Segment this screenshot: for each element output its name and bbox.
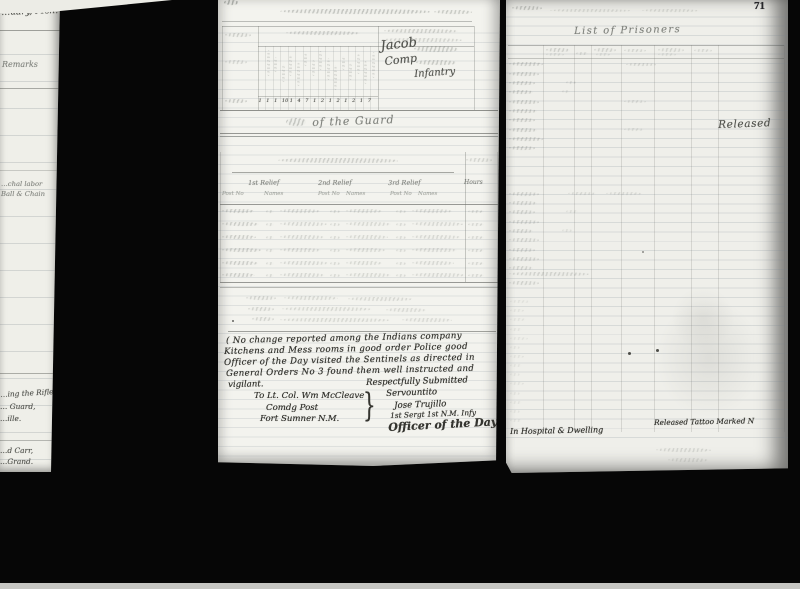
handwriting-scrawl	[222, 273, 256, 277]
table-rule-vertical	[310, 46, 311, 110]
handwriting-scrawl	[222, 248, 262, 252]
table-rule-vertical	[591, 45, 592, 432]
handwriting-scrawl	[225, 60, 248, 64]
table-rule-vertical	[348, 46, 349, 110]
handwriting-scrawl	[225, 99, 248, 103]
handwriting-scrawl	[510, 410, 521, 413]
table-rule-vertical	[280, 46, 281, 110]
handwriting-scrawl	[346, 248, 386, 252]
table-subheader: Names	[264, 192, 283, 198]
handwriting-scrawl	[412, 261, 455, 265]
handwriting-fragment: …ing the Rifle	[0, 388, 54, 398]
handwriting-scrawl	[396, 223, 407, 226]
handwriting-scrawl	[284, 296, 339, 300]
left-page: 57 …uary, Mch. Remarks …chal labor Ball …	[0, 0, 60, 472]
handwriting-scrawl	[402, 318, 453, 322]
handwriting-scrawl	[342, 56, 345, 70]
handwriting-scrawl	[246, 296, 277, 300]
tally-digit: 2	[352, 99, 355, 104]
right-page-number: 71	[754, 1, 765, 12]
footer-note-left: In Hospital & Dwelling	[510, 426, 603, 436]
handwriting-scrawl	[222, 222, 260, 226]
handwriting-scrawl	[282, 64, 285, 82]
handwriting-scrawl	[396, 262, 407, 265]
table-rule-horizontal	[222, 26, 474, 27]
handwriting-scrawl	[468, 223, 485, 226]
ink-dot	[628, 352, 631, 355]
handwriting-scrawl	[222, 209, 255, 213]
handwriting-scrawl	[386, 308, 427, 312]
table-subheader: Names	[418, 192, 437, 198]
handwriting-scrawl	[282, 307, 373, 311]
handwriting-scrawl	[266, 262, 275, 265]
tally-digit: 2	[321, 99, 324, 104]
handwriting-scrawl	[274, 57, 277, 72]
handwriting-scrawl	[466, 158, 493, 162]
handwriting-scrawl	[280, 248, 322, 252]
handwriting-scrawl	[509, 118, 536, 122]
handwriting-scrawl	[509, 266, 534, 270]
table-rule-vertical	[654, 45, 655, 432]
handwriting-scrawl	[280, 209, 321, 213]
table-rule-horizontal	[220, 136, 498, 137]
handwriting-fragment: …d Carr,	[0, 447, 33, 454]
handwriting-scrawl	[510, 392, 521, 395]
released-annotation: Released	[718, 118, 771, 130]
left-page-top-corner	[0, 0, 172, 13]
handwriting-scrawl	[550, 9, 631, 12]
handwriting-scrawl	[412, 209, 453, 213]
handwriting-scrawl	[509, 81, 536, 85]
handwriting-fragment: … Guard,	[0, 403, 35, 410]
handwriting-scrawl	[349, 63, 352, 80]
handwriting-scrawl	[252, 317, 275, 321]
handwriting-scrawl	[222, 261, 259, 265]
handwriting-scrawl	[509, 137, 544, 141]
handwriting-scrawl	[434, 10, 473, 14]
handwriting-scrawl	[510, 382, 525, 385]
handwriting-scrawl	[468, 274, 485, 277]
table-rule-vertical	[465, 152, 466, 282]
handwriting-scrawl	[624, 128, 645, 131]
handwriting-scrawl	[225, 33, 252, 37]
handwriting-scrawl	[297, 62, 300, 86]
table-rule-horizontal	[222, 21, 472, 22]
hours-header: Hours	[464, 180, 483, 186]
table-rule-vertical	[295, 46, 296, 110]
table-rule-horizontal	[0, 170, 58, 171]
handwriting-scrawl	[668, 458, 709, 462]
handwriting-scrawl	[510, 337, 529, 340]
signature-fort-sumner: Fort Sumner N.M.	[260, 415, 339, 424]
footer-note-right: Released Tattoo Marked N	[654, 417, 754, 426]
handwriting-scrawl	[509, 62, 544, 66]
handwriting-scrawl	[280, 235, 325, 239]
table-rule-vertical	[621, 45, 622, 432]
handwriting-scrawl	[289, 55, 292, 76]
handwriting-scrawl	[658, 48, 685, 52]
table-rule-vertical	[340, 46, 341, 110]
handwriting-scrawl	[280, 273, 326, 277]
handwriting-scrawl	[330, 262, 341, 265]
handwriting-fragment: Ball & Chain	[1, 191, 45, 198]
table-rule-horizontal	[220, 133, 498, 134]
report-line: vigilant.	[228, 380, 264, 389]
paper-stain	[658, 273, 748, 363]
overlay-company-handwriting: Comp	[384, 53, 417, 67]
handwriting-scrawl	[510, 346, 521, 349]
handwriting-scrawl	[562, 90, 571, 93]
tally-digit: 1	[274, 99, 277, 104]
handwriting-scrawl	[248, 307, 275, 311]
handwriting-scrawl	[280, 261, 329, 265]
scanned-ledger-photo: 57 …uary, Mch. Remarks …chal labor Ball …	[0, 0, 800, 589]
table-rule-vertical	[543, 45, 544, 432]
tally-digit: 1	[266, 99, 269, 104]
center-page-guard-report: Jacob Comp Infantry of the Guard ( No ch…	[218, 0, 500, 466]
handwriting-scrawl	[346, 222, 392, 226]
handwriting-scrawl	[468, 210, 485, 213]
table-rule-vertical	[220, 152, 221, 282]
handwriting-scrawl	[277, 158, 398, 163]
handwriting-scrawl	[396, 210, 407, 213]
table-rule-horizontal	[228, 331, 496, 332]
table-rule-horizontal	[220, 110, 498, 111]
signature-addressee: To Lt. Col. Wm McCleave	[254, 392, 364, 401]
handwriting-fragment: …ille.	[0, 415, 21, 422]
handwriting-scrawl	[626, 63, 657, 66]
handwriting-scrawl	[285, 118, 307, 126]
handwriting-scrawl	[510, 300, 531, 303]
table-rule-horizontal	[220, 287, 498, 288]
handwriting-scrawl	[266, 236, 275, 239]
table-rule-vertical	[378, 26, 379, 110]
table-rule-horizontal	[232, 172, 454, 173]
handwriting-scrawl	[509, 210, 536, 214]
handwriting-scrawl	[468, 262, 485, 265]
handwriting-scrawl	[266, 274, 275, 277]
handwriting-scrawl	[266, 210, 275, 213]
handwriting-scrawl	[357, 54, 360, 74]
handwriting-scrawl	[348, 297, 413, 301]
table-subheader: Post No	[318, 192, 340, 198]
handwriting-scrawl	[509, 192, 540, 196]
tally-digit: 1	[313, 99, 316, 104]
handwriting-fragment: Remarks	[2, 61, 38, 69]
handwriting-scrawl	[566, 81, 577, 84]
handwriting-scrawl	[364, 61, 367, 84]
table-rule-horizontal	[0, 440, 54, 441]
handwriting-scrawl	[319, 51, 322, 70]
tally-digit: 10	[282, 99, 288, 104]
handwriting-scrawl	[510, 401, 523, 404]
handwriting-scrawl	[372, 52, 375, 78]
handwriting-scrawl	[509, 272, 590, 276]
handwriting-scrawl	[510, 318, 527, 321]
handwriting-scrawl	[266, 249, 275, 252]
signature-comdg-post: Comdg Post	[266, 404, 318, 413]
ink-dot	[232, 320, 234, 322]
handwriting-scrawl	[330, 236, 341, 239]
handwriting-scrawl	[509, 248, 536, 252]
handwriting-scrawl	[656, 448, 712, 452]
handwriting-fragment: …Grand.	[0, 458, 33, 465]
table-rule-horizontal	[508, 58, 784, 59]
handwriting-scrawl	[624, 49, 647, 52]
relief-header: 1st Relief	[248, 179, 279, 186]
handwriting-scrawl	[222, 235, 257, 239]
ink-dot	[642, 251, 644, 253]
table-rule-vertical	[718, 45, 719, 432]
handwriting-scrawl	[384, 29, 459, 33]
handwriting-scrawl	[510, 309, 525, 312]
table-rule-horizontal	[0, 373, 56, 374]
handwriting-scrawl	[468, 249, 485, 252]
handwriting-scrawl	[509, 146, 536, 150]
handwriting-scrawl	[330, 223, 341, 226]
tally-digit: 1	[290, 99, 293, 104]
table-rule-horizontal	[0, 88, 60, 89]
handwriting-scrawl	[346, 209, 383, 213]
table-rule-horizontal	[220, 282, 498, 283]
handwriting-scrawl	[468, 236, 485, 239]
handwriting-scrawl	[509, 281, 540, 285]
handwriting-scrawl	[546, 53, 565, 56]
handwriting-scrawl	[412, 248, 458, 252]
handwriting-scrawl	[594, 48, 617, 52]
table-subheader: Post No	[390, 192, 412, 198]
guard-heading: of the Guard	[312, 114, 395, 128]
handwriting-scrawl	[346, 261, 383, 265]
handwriting-scrawl	[509, 72, 540, 76]
table-rule-vertical	[222, 26, 223, 110]
tally-digit: 4	[298, 99, 301, 104]
relief-header: 3rd Relief	[388, 179, 421, 186]
handwriting-scrawl	[510, 364, 523, 367]
handwriting-scrawl	[694, 49, 713, 52]
handwriting-scrawl	[509, 128, 538, 132]
handwriting-scrawl	[280, 318, 391, 322]
handwriting-scrawl	[327, 58, 330, 80]
table-rule-vertical	[784, 45, 785, 432]
handwriting-scrawl	[279, 9, 430, 14]
handwriting-scrawl	[412, 222, 464, 226]
handwriting-scrawl	[330, 210, 341, 213]
ink-dot	[656, 349, 659, 352]
handwriting-scrawl	[280, 222, 328, 226]
handwriting-scrawl	[509, 201, 538, 205]
table-rule-vertical	[325, 46, 326, 110]
handwriting-scrawl	[576, 52, 589, 55]
table-rule-horizontal	[508, 45, 784, 46]
scanner-edge-strip	[0, 583, 800, 589]
handwriting-scrawl	[267, 50, 270, 76]
handwriting-scrawl	[330, 249, 341, 252]
handwriting-scrawl	[566, 210, 579, 213]
handwriting-scrawl	[412, 235, 461, 239]
prisoner-list-title: List of Prisoners	[574, 25, 681, 37]
handwriting-scrawl	[509, 90, 534, 94]
tally-digit: 7	[368, 99, 371, 104]
right-page-prisoner-list: 71 List of Prisoners Released In Hospita…	[506, 0, 788, 473]
handwriting-scrawl	[509, 109, 538, 113]
handwriting-scrawl	[330, 274, 341, 277]
overlay-branch-handwriting: Infantry	[414, 67, 456, 80]
handwriting-scrawl	[510, 419, 523, 422]
handwriting-scrawl	[396, 236, 407, 239]
table-rule-horizontal	[220, 204, 498, 205]
handwriting-scrawl	[658, 53, 677, 56]
tally-digit: 1	[360, 99, 363, 104]
table-rule-vertical	[474, 26, 475, 110]
respectfully-submitted: Respectfully Submitted	[366, 376, 468, 387]
handwriting-scrawl	[304, 53, 307, 66]
handwriting-scrawl	[286, 31, 361, 35]
table-subheader: Post No	[222, 192, 244, 198]
tally-digit: 1	[329, 99, 332, 104]
handwriting-scrawl	[568, 192, 597, 195]
page-ruling	[506, 8, 788, 438]
handwriting-scrawl	[512, 6, 543, 10]
handwriting-scrawl	[510, 355, 525, 358]
handwriting-scrawl	[396, 274, 407, 277]
table-rule-vertical	[691, 45, 692, 432]
handwriting-scrawl	[642, 9, 699, 12]
handwriting-scrawl	[413, 46, 458, 52]
table-rule-vertical	[574, 45, 575, 432]
handwriting-scrawl	[510, 373, 521, 376]
table-rule-horizontal	[0, 30, 60, 31]
table-subheader: Names	[346, 192, 365, 198]
handwriting-scrawl	[266, 223, 275, 226]
handwriting-scrawl	[509, 229, 534, 233]
handwriting-scrawl	[223, 0, 238, 5]
handwriting-scrawl	[509, 220, 540, 224]
handwriting-scrawl	[509, 257, 540, 261]
tally-digit: 7	[305, 99, 308, 104]
handwriting-scrawl	[334, 65, 337, 90]
handwriting-scrawl	[415, 60, 456, 65]
handwriting-scrawl	[562, 229, 573, 232]
handwriting-scrawl	[596, 53, 611, 56]
signature-brace: }	[363, 388, 376, 421]
handwriting-scrawl	[396, 249, 407, 252]
handwriting-scrawl	[624, 100, 647, 103]
tally-digit: 1	[344, 99, 347, 104]
handwriting-fragment: …chal labor	[1, 181, 42, 188]
handwriting-scrawl	[509, 238, 540, 242]
table-rule-vertical	[497, 152, 498, 282]
handwriting-scrawl	[509, 100, 540, 104]
handwriting-scrawl	[412, 273, 466, 277]
handwriting-scrawl	[346, 273, 392, 277]
handwriting-scrawl	[546, 48, 571, 52]
tally-digit: 1	[259, 99, 262, 104]
relief-header: 2nd Relief	[318, 179, 352, 186]
handwriting-scrawl	[510, 328, 523, 331]
signature-witness: Servountito	[386, 388, 437, 398]
handwriting-scrawl	[606, 192, 643, 195]
handwriting-scrawl	[346, 235, 389, 239]
tally-digit: 2	[337, 99, 340, 104]
handwriting-scrawl	[312, 60, 315, 76]
